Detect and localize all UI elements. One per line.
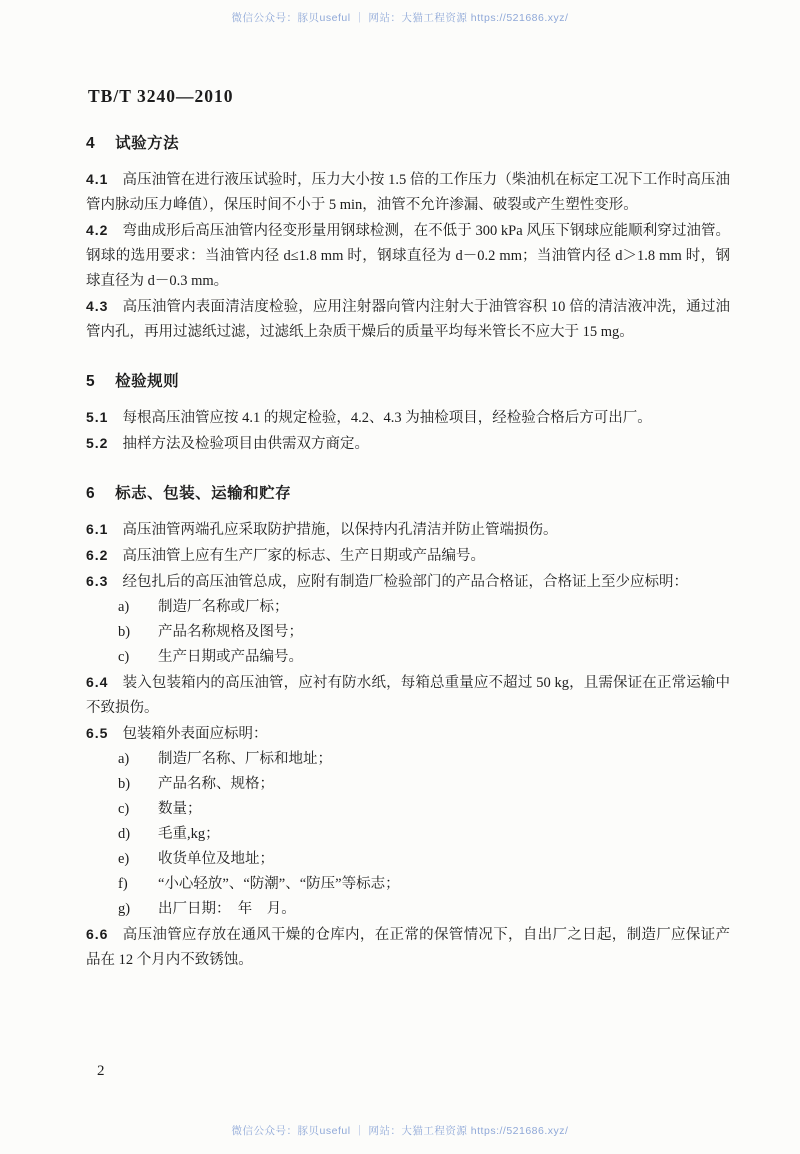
list-item-text: 毛重,kg；: [158, 826, 220, 842]
list-item-text: 生产日期或产品编号。: [158, 649, 303, 665]
clause-number: 6.6: [86, 926, 122, 942]
clause-text: 经包扎后的高压油管总成，应附有制造厂检验部门的产品合格证，合格证上至少应标明：: [122, 574, 688, 590]
clause-4-3: 4.3高压油管内表面清洁度检验，应用注射器向管内注射大于油管容积 10 倍的清洁…: [86, 294, 730, 345]
clause-6-5: 6.5包装箱外表面应标明：: [86, 721, 730, 747]
list-item-text: 制造厂名称或厂标；: [158, 599, 289, 615]
clause-number: 4.2: [86, 222, 122, 238]
clause-6-6: 6.6高压油管应存放在通风干燥的仓库内，在正常的保管情况下，自出厂之日起，制造厂…: [86, 922, 730, 973]
list-item-label: f): [118, 872, 158, 897]
clause-text: 装入包装箱内的高压油管，应衬有防水纸，每箱总重量应不超过 50 kg，且需保证在…: [86, 675, 730, 716]
watermark-bottom: 微信公众号：豚贝useful ｜ 网站：大猫工程资源 https://52168…: [0, 1123, 800, 1138]
clause-text: 高压油管在进行液压试验时，压力大小按 1.5 倍的工作压力（柴油机在标定工况下工…: [86, 172, 730, 213]
list-item-text: 产品名称规格及图号；: [158, 624, 303, 640]
list-item-6-3-c: c)生产日期或产品编号。: [86, 645, 730, 670]
clause-number: 6.5: [86, 725, 122, 741]
list-item-text: 出厂日期： 年 月。: [158, 901, 296, 917]
section-number: 4: [86, 135, 115, 152]
section-test-methods: 4试验方法 4.1高压油管在进行液压试验时，压力大小按 1.5 倍的工作压力（柴…: [86, 131, 730, 345]
list-item-label: a): [118, 747, 158, 772]
clause-number: 6.1: [86, 521, 122, 537]
clause-6-1: 6.1高压油管两端孔应采取防护措施，以保持内孔清洁并防止管端损伤。: [86, 517, 730, 543]
list-item-text: 制造厂名称、厂标和地址；: [158, 751, 332, 767]
clause-5-1: 5.1每根高压油管应按 4.1 的规定检验，4.2、4.3 为抽检项目，经检验合…: [86, 405, 730, 431]
scanned-document-page: 微信公众号：豚贝useful ｜ 网站：大猫工程资源 https://52168…: [0, 0, 800, 1154]
section-number: 6: [86, 485, 115, 502]
list-item-text: “小心轻放”、“防潮”、“防压”等标志；: [158, 876, 400, 892]
clause-number: 4.3: [86, 298, 122, 314]
section-heading: 6标志、包装、运输和贮存: [86, 481, 730, 503]
clause-6-2: 6.2高压油管上应有生产厂家的标志、生产日期或产品编号。: [86, 543, 730, 569]
section-heading: 5检验规则: [86, 369, 730, 391]
list-item-text: 产品名称、规格；: [158, 776, 274, 792]
clause-5-2: 5.2抽样方法及检验项目由供需双方商定。: [86, 431, 730, 457]
clause-6-3: 6.3经包扎后的高压油管总成，应附有制造厂检验部门的产品合格证，合格证上至少应标…: [86, 569, 730, 595]
list-item-6-5-f: f)“小心轻放”、“防潮”、“防压”等标志；: [86, 872, 730, 897]
list-item-6-3-a: a)制造厂名称或厂标；: [86, 595, 730, 620]
list-item-label: c): [118, 645, 158, 670]
section-marking-packaging: 6标志、包装、运输和贮存 6.1高压油管两端孔应采取防护措施，以保持内孔清洁并防…: [86, 481, 730, 973]
clause-4-1: 4.1高压油管在进行液压试验时，压力大小按 1.5 倍的工作压力（柴油机在标定工…: [86, 167, 730, 218]
clause-text: 包装箱外表面应标明：: [122, 726, 267, 742]
section-heading: 4试验方法: [86, 131, 730, 153]
list-item-text: 收货单位及地址；: [158, 851, 274, 867]
clause-number: 5.2: [86, 435, 122, 451]
section-inspection-rules: 5检验规则 5.1每根高压油管应按 4.1 的规定检验，4.2、4.3 为抽检项…: [86, 369, 730, 457]
watermark-top: 微信公众号：豚贝useful ｜ 网站：大猫工程资源 https://52168…: [0, 10, 800, 25]
list-item-6-5-g: g)出厂日期： 年 月。: [86, 897, 730, 922]
clause-4-2: 4.2弯曲成形后高压油管内径变形量用钢球检测，在不低于 300 kPa 风压下钢…: [86, 218, 730, 294]
list-item-6-5-b: b)产品名称、规格；: [86, 772, 730, 797]
list-item-label: e): [118, 847, 158, 872]
list-item-label: a): [118, 595, 158, 620]
list-item-label: g): [118, 897, 158, 922]
section-title: 试验方法: [115, 135, 179, 152]
list-item-label: b): [118, 772, 158, 797]
list-item-label: d): [118, 822, 158, 847]
standard-number: TB/T 3240—2010: [88, 86, 730, 107]
list-item-6-5-a: a)制造厂名称、厂标和地址；: [86, 747, 730, 772]
clause-text: 高压油管应存放在通风干燥的仓库内，在正常的保管情况下，自出厂之日起，制造厂应保证…: [86, 927, 730, 968]
list-item-text: 数量；: [158, 801, 202, 817]
list-item-6-5-c: c)数量；: [86, 797, 730, 822]
clause-number: 5.1: [86, 409, 122, 425]
clause-number: 4.1: [86, 171, 122, 187]
list-item-6-5-d: d)毛重,kg；: [86, 822, 730, 847]
clause-text: 抽样方法及检验项目由供需双方商定。: [122, 436, 369, 452]
clause-6-4: 6.4装入包装箱内的高压油管，应衬有防水纸，每箱总重量应不超过 50 kg，且需…: [86, 670, 730, 721]
clause-text: 弯曲成形后高压油管内径变形量用钢球检测，在不低于 300 kPa 风压下钢球应能…: [86, 223, 730, 289]
section-title: 标志、包装、运输和贮存: [115, 485, 291, 502]
clause-text: 每根高压油管应按 4.1 的规定检验，4.2、4.3 为抽检项目，经检验合格后方…: [122, 410, 651, 426]
document-content: TB/T 3240—2010 4试验方法 4.1高压油管在进行液压试验时，压力大…: [86, 86, 730, 973]
clause-text: 高压油管上应有生产厂家的标志、生产日期或产品编号。: [122, 548, 485, 564]
page-number: 2: [97, 1063, 105, 1080]
list-item-6-3-b: b)产品名称规格及图号；: [86, 620, 730, 645]
clause-text: 高压油管两端孔应采取防护措施，以保持内孔清洁并防止管端损伤。: [122, 522, 557, 538]
section-title: 检验规则: [115, 373, 179, 390]
clause-number: 6.3: [86, 573, 122, 589]
list-item-label: b): [118, 620, 158, 645]
list-item-label: c): [118, 797, 158, 822]
list-item-6-5-e: e)收货单位及地址；: [86, 847, 730, 872]
section-number: 5: [86, 373, 115, 390]
clause-text: 高压油管内表面清洁度检验，应用注射器向管内注射大于油管容积 10 倍的清洁液冲洗…: [86, 299, 730, 340]
clause-number: 6.2: [86, 547, 122, 563]
clause-number: 6.4: [86, 674, 122, 690]
